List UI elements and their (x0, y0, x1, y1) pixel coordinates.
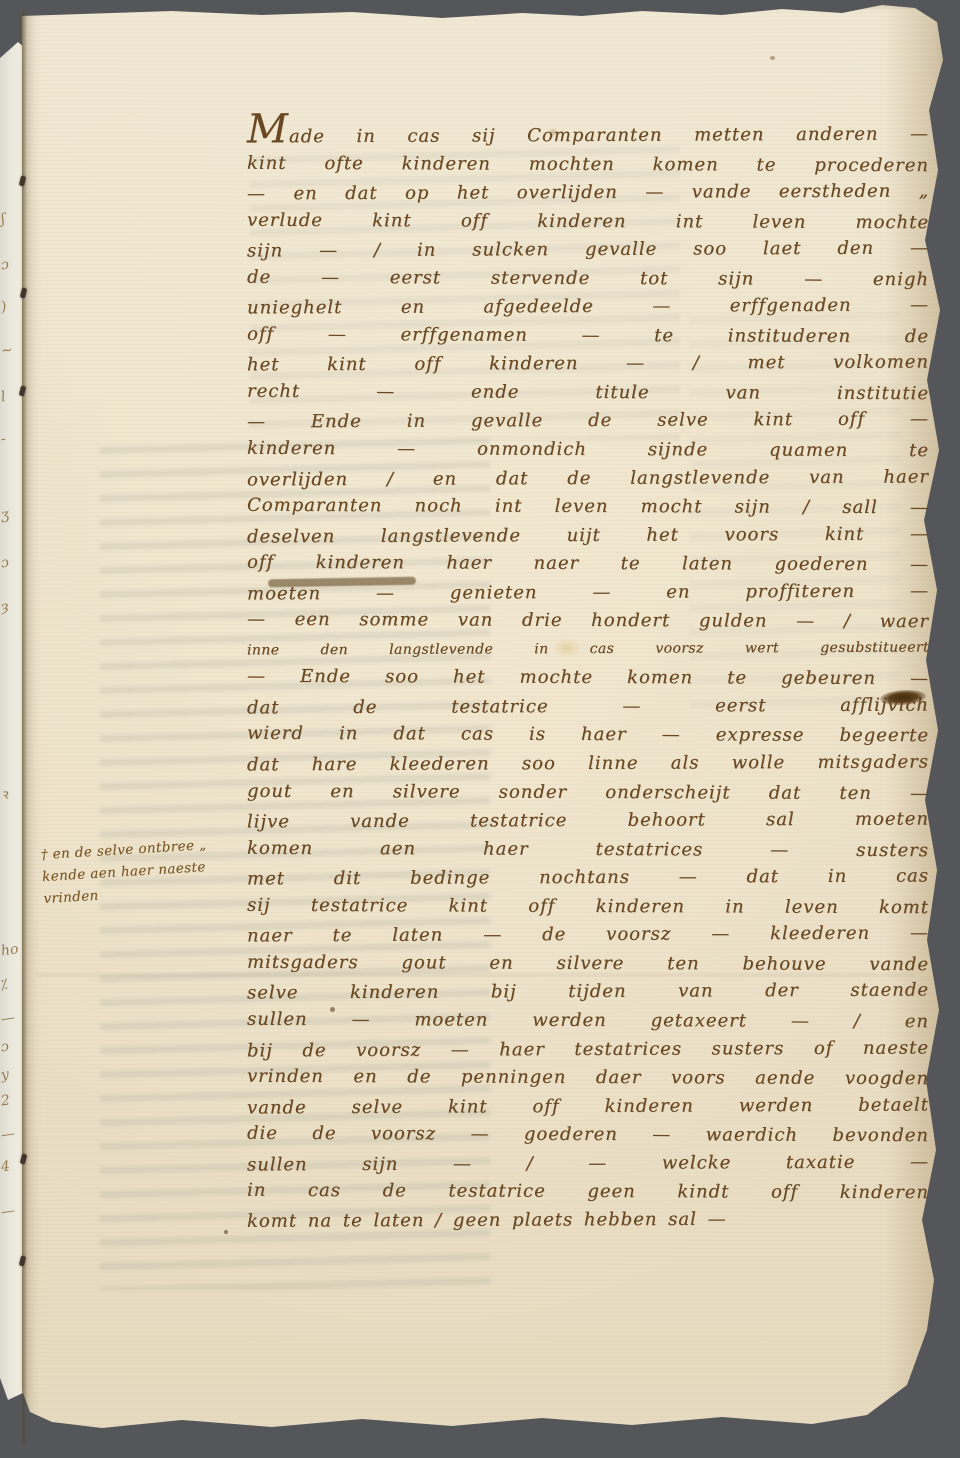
edge-fragment-glyph: ȝ (0, 599, 23, 614)
manuscript-line: kinderen — onmondich sijnde quamen te (247, 435, 929, 466)
manuscript-line: wierd in dat cas is haer — expresse bege… (247, 720, 929, 751)
edge-fragment-glyph: ⁒ (0, 977, 23, 992)
manuscript-line: het kint off kinderen — / met volkomen (247, 349, 929, 381)
manuscript-line: off — erffgenamen — te instituderen de (247, 321, 929, 352)
manuscript-line: gout en silvere sonder onderscheijt dat … (247, 777, 929, 808)
manuscript-text-block: Made in cas sij Comparanten metten ander… (247, 122, 929, 1235)
manuscript-line: bij de voorsz — haer testatrices susters… (247, 1034, 929, 1066)
manuscript-line: in cas de testatrice geen kindt off kind… (247, 1177, 929, 1208)
manuscript-line: met dit bedinge nochtans — dat in cas (247, 863, 929, 895)
manuscript-line: verlude kint off kinderen int leven moch… (247, 206, 929, 237)
manuscript-line: deselven langstlevende uijt het voors ki… (247, 520, 929, 552)
manuscript-line: sijn — / in sulcken gevalle soo laet den… (247, 235, 929, 267)
manuscript-line: Comparanten noch int leven mocht sijn / … (247, 492, 929, 523)
edge-fragment-glyph: ~ (0, 343, 23, 358)
manuscript-line: mitsgaders gout en silvere ten behouve v… (247, 949, 929, 980)
manuscript-line: recht — ende titule van institutie (247, 378, 929, 409)
manuscript-line: vrinden en de penningen daer voors aende… (247, 1063, 929, 1094)
scanned-manuscript-photo: { "document": { "kind": "17th-century Du… (0, 0, 960, 1458)
manuscript-line: — een somme van drie hondert gulden — / … (247, 606, 929, 637)
edge-fragment-glyph: - (0, 431, 23, 446)
manuscript-line: — Ende in gevalle de selve kint off — (247, 406, 929, 438)
edge-fragment-glyph: — (0, 1127, 23, 1142)
edge-fragment-glyph: — (0, 1204, 23, 1219)
manuscript-line: sullen sijn — / — welcke taxatie — (247, 1148, 929, 1180)
edge-fragment-glyph: ʒ (0, 507, 23, 522)
edge-fragment-glyph: ho (0, 943, 23, 958)
manuscript-line: — Ende soo het mochte komen te gebeuren … (247, 663, 929, 694)
manuscript-line: lijve vande testatrice behoort sal moete… (247, 806, 929, 838)
edge-fragment-glyph: ) (0, 299, 23, 314)
edge-fragment-glyph: y (0, 1067, 23, 1082)
edge-fragment-glyph: — (0, 1011, 23, 1026)
manuscript-line: selve kinderen bij tijden van der staend… (247, 977, 929, 1009)
manuscript-line: naer te laten — de voorsz — kleederen — (247, 920, 929, 952)
margin-note: † en de selve ontbree „ kende aen haer n… (40, 832, 244, 910)
manuscript-line: dat de testatrice — eerst afflijvich (247, 691, 929, 723)
manuscript-line: kint ofte kinderen mochten komen te proc… (247, 149, 929, 180)
edge-fragment-glyph: 2 (0, 1093, 23, 1108)
manuscript-line: — en dat op het overlijden — vande eerst… (247, 178, 929, 210)
manuscript-line: dat hare kleederen soo linne als wolle m… (247, 749, 929, 781)
manuscript-line: komen aen haer testatrices — susters (247, 834, 929, 865)
edge-fragment-glyph: ɔ (0, 257, 23, 272)
manuscript-line: inne den langstlevende in cas voorsz wer… (247, 634, 929, 666)
gutter-crease (22, 10, 27, 1445)
manuscript-line: Made in cas sij Comparanten metten ander… (247, 121, 929, 153)
manuscript-line: komt na te laten / geen plaets hebben sa… (247, 1206, 636, 1236)
manuscript-line: sij testatrice kint off kinderen in leve… (247, 892, 929, 923)
manuscript-line: sullen — moeten werden getaxeert — / en (247, 1006, 929, 1037)
manuscript-line: overlijden / en dat de langstlevende van… (247, 463, 929, 495)
edge-fragment-glyph: ʃ (0, 211, 23, 226)
manuscript-line: de — eerst stervende tot sijn — enigh (247, 264, 929, 295)
edge-fragment-glyph: ꝛ (0, 787, 23, 802)
manuscript-line: off kinderen haer naer te laten goederen… (247, 549, 929, 580)
edge-fragment-glyph: ɔ (0, 1039, 23, 1054)
manuscript-line: unieghelt en afgedeelde — erffgenaden — (247, 292, 929, 324)
edge-fragment-glyph: ɔ (0, 555, 23, 570)
manuscript-line: die de voorsz — goederen — waerdich bevo… (247, 1120, 929, 1151)
manuscript-line: vande selve kint off kinderen werden bet… (247, 1091, 929, 1123)
